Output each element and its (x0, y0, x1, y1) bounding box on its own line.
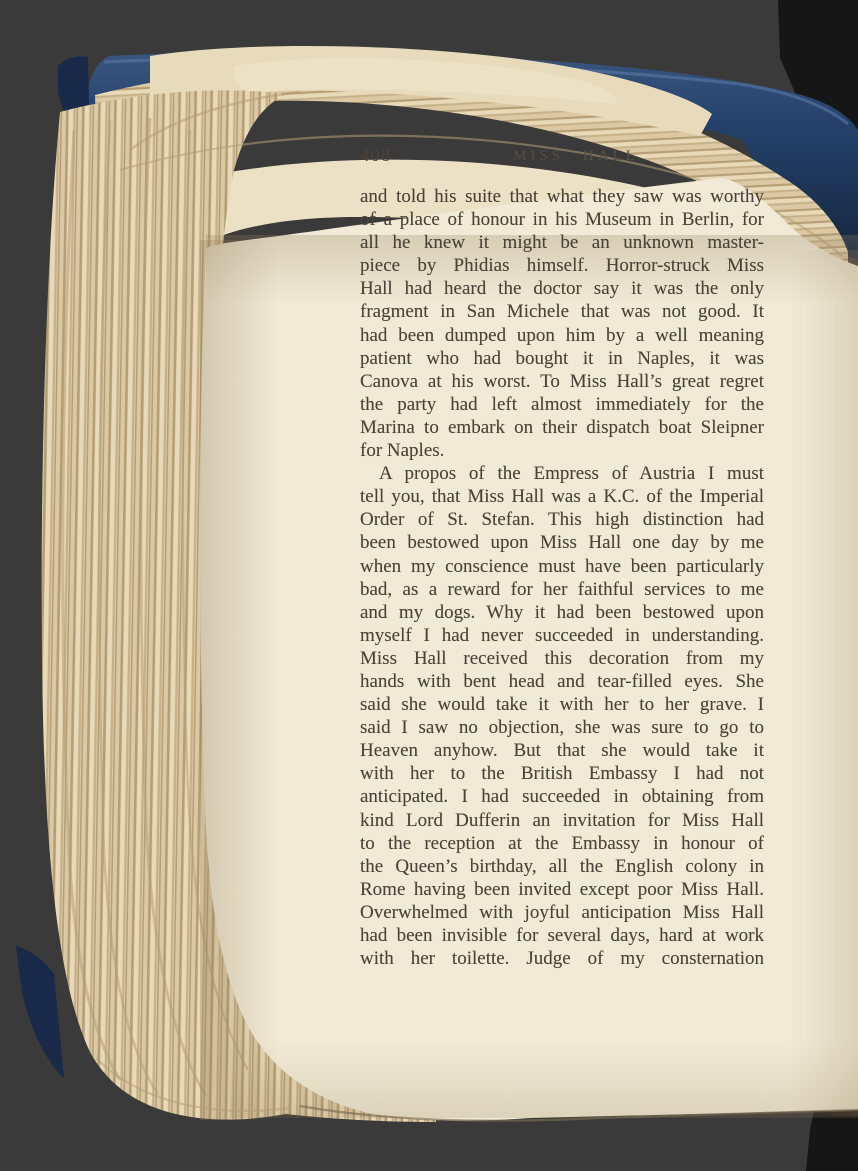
text-line: with her to the British Embassy I had no… (360, 762, 764, 785)
text-line: myself I had never succeeded in understa… (360, 624, 764, 647)
page-header: 408 MISS HALL (360, 145, 764, 167)
text-line: A propos of the Empress of Austria I mus… (360, 462, 764, 485)
text-line: Miss Hall received this decoration from … (360, 647, 764, 670)
text-line: had been invisible for several days, har… (360, 924, 764, 947)
text-line: bad, as a reward for her faithful servic… (360, 578, 764, 601)
text-line: Hall had heard the doctor say it was the… (360, 277, 764, 300)
page-left-shadow (200, 240, 278, 1120)
text-line: to the reception at the Embassy in honou… (360, 832, 764, 855)
scanned-book-photo: { "book": { "page_number": "408", "runni… (0, 0, 858, 1171)
text-line: piece by Phidias himself. Horror-struck … (360, 254, 764, 277)
text-line: patient who had bought it in Naples, it … (360, 347, 764, 370)
text-line: the party had left almost immediately fo… (360, 393, 764, 416)
text-line: said I saw no objection, she was sure to… (360, 716, 764, 739)
text-line: anticipated. I had succeeded in obtainin… (360, 785, 764, 808)
text-line: of a place of honour in his Museum in Be… (360, 208, 764, 231)
text-line: hands with bent head and tear-filled eye… (360, 670, 764, 693)
page-right-shadow (790, 250, 858, 1116)
text-line: kind Lord Dufferin an invitation for Mis… (360, 809, 764, 832)
text-line: Rome having been invited except poor Mis… (360, 878, 764, 901)
text-line: Overwhelmed with joyful anticipation Mis… (360, 901, 764, 924)
text-line: and my dogs. Why it had been bestowed up… (360, 601, 764, 624)
text-line: Heaven anyhow. But that she would take i… (360, 739, 764, 762)
page-text-block: 408 MISS HALL and told his suite that wh… (360, 145, 764, 970)
text-line: Canova at his worst. To Miss Hall’s grea… (360, 370, 764, 393)
text-line: Order of St. Stefan. This high distincti… (360, 508, 764, 531)
text-line: been bestowed upon Miss Hall one day by … (360, 531, 764, 554)
text-line: tell you, that Miss Hall was a K.C. of t… (360, 485, 764, 508)
text-line: and told his suite that what they saw wa… (360, 185, 764, 208)
text-line: all he knew it might be an unknown maste… (360, 231, 764, 254)
text-line: the Queen’s birthday, all the English co… (360, 855, 764, 878)
running-header: MISS HALL (374, 145, 778, 165)
text-line: for Naples. (360, 439, 764, 462)
text-line: Marina to embark on their dispatch boat … (360, 416, 764, 439)
body-text: and told his suite that what they saw wa… (360, 185, 764, 970)
text-line: when my conscience must have been partic… (360, 555, 764, 578)
text-line: fragment in San Michele that was not goo… (360, 300, 764, 323)
text-line: said she would take it with her to her g… (360, 693, 764, 716)
text-line: had been dumped upon him by a well meani… (360, 324, 764, 347)
page-bottom-shadow (230, 1040, 858, 1118)
text-line: with her toilette. Judge of my consterna… (360, 947, 764, 970)
